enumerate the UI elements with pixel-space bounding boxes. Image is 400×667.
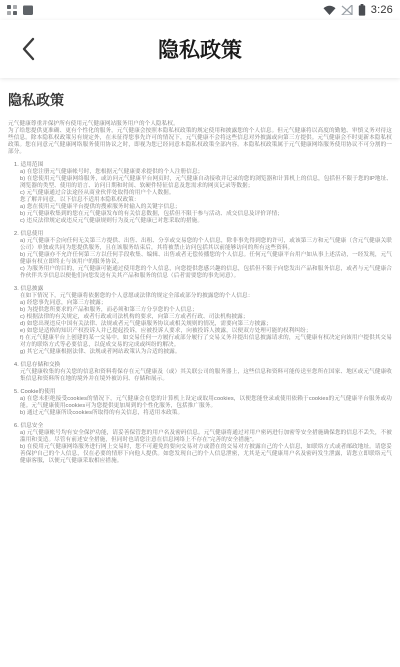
policy-paragraph: 5. Cookie的使用 bbox=[14, 389, 392, 396]
no-signal-icon bbox=[341, 5, 353, 15]
policy-paragraph: a) 您在使用元气健康平台提供的搜索服务时输入的关键字信息； bbox=[20, 204, 392, 211]
policy-paragraph: a) 经您事先同意，向第三方披露； bbox=[20, 300, 392, 307]
back-chevron-icon bbox=[21, 37, 35, 61]
status-time: 3:26 bbox=[371, 4, 393, 16]
policy-paragraph: 在如下情况下，元气健康将依据您的个人意愿或法律的规定全部或部分的披露您的个人信息… bbox=[20, 293, 392, 300]
policy-paragraph: b) 元气健康收集到的您在元气健康发布的有关信息数据，包括但不限于参与活动、成交… bbox=[20, 211, 392, 218]
policy-paragraph: a) 在您未拒绝接受cookies的情况下，元气健康会在您的计算机上设定或取用c… bbox=[20, 396, 392, 410]
app-notification-icon bbox=[22, 4, 34, 16]
policy-paragraph: b) 在使用元气健康网络服务进行网上交易时，您不可避免的要向交易对方或潜在的交易… bbox=[20, 444, 392, 465]
policy-paragraph: 2. 信息使用 bbox=[14, 231, 392, 238]
wifi-icon bbox=[323, 5, 336, 15]
policy-paragraph: a) 元气健康不会向任何无关第三方提供、出售、出租、分享或交易您的个人信息，除非… bbox=[20, 238, 392, 252]
policy-paragraph: 为了给您提供更准确、更有个性化的服务，元气健康会按照本隐私权政策的规定使用和披露… bbox=[8, 128, 392, 156]
status-bar-left bbox=[7, 4, 34, 16]
policy-paragraphs: 元气健康尊重并保护所有使用元气健康网站服务用户的个人隐私权。为了给您提供更准确、… bbox=[8, 121, 392, 465]
policy-paragraph: c) 根据法律的有关规定，或者行政或司法机构的要求，向第三方或者行政、司法机构披… bbox=[20, 314, 392, 321]
policy-paragraph: c) 违反法律规定或违反元气健康规则行为及元气健康已对您采取的措施。 bbox=[20, 218, 392, 225]
policy-paragraph: 元气健康收集的有关您的信息和资料将保存在元气健康及（或）其关联公司的服务器上，这… bbox=[20, 369, 392, 383]
policy-paragraph: d) 如您出现违反中国有关法律、法规或者元气健康服务协议或相关规则的情况，需要向… bbox=[20, 321, 392, 328]
policy-paragraph: g) 其它元气健康根据法律、法规或者网站政策认为合适的披露。 bbox=[20, 349, 392, 356]
policy-paragraph: b) 元气健康亦不允许任何第三方以任何手段收集、编辑、出售或者无偿传播您的个人信… bbox=[20, 252, 392, 266]
battery-icon bbox=[358, 4, 366, 16]
policy-paragraph: e) 如您是适格的知识产权投诉人并已提起投诉，应被投诉人要求，向被投诉人披露，以… bbox=[20, 328, 392, 335]
policy-paragraph: 6. 信息安全 bbox=[14, 423, 392, 430]
widget-grid-icon bbox=[7, 5, 17, 15]
page-title: 隐私政策 bbox=[0, 34, 400, 64]
content-heading: 隐私政策 bbox=[8, 90, 392, 110]
policy-content[interactable]: 隐私政策 元气健康尊重并保护所有使用元气健康网站服务用户的个人隐私权。为了给您提… bbox=[0, 78, 400, 667]
policy-paragraph: f) 在元气健康平台上创建的某一交易中，如交易任何一方履行或部分履行了交易义务并… bbox=[20, 335, 392, 349]
back-button[interactable] bbox=[10, 31, 46, 67]
status-bar-right: 3:26 bbox=[323, 4, 393, 16]
policy-paragraph: b) 为提供您所要求的产品和服务，而必须和第三方分享您的个人信息； bbox=[20, 307, 392, 314]
privacy-policy-screen: 3:26 隐私政策 隐私政策 元气健康尊重并保护所有使用元气健康网站服务用户的个… bbox=[0, 0, 400, 667]
policy-paragraph: c) 元气健康通过合法途径从商业伙伴处取得的用户个人数据。 bbox=[20, 190, 392, 197]
policy-paragraph: b) 在您使用元气健康网络服务，或访问元气健康平台网页时，元气健康自动接收并记录… bbox=[20, 176, 392, 190]
policy-paragraph: a) 在您注册元气健康帐号时，您根据元气健康要求提供的个人注册信息； bbox=[20, 169, 392, 176]
policy-paragraph: 3. 信息披露 bbox=[14, 286, 392, 293]
policy-paragraph: b) 通过元气健康所设cookies所取得的有关信息，将适用本政策。 bbox=[20, 410, 392, 417]
policy-paragraph: a) 元气健康帐号均有安全保护功能，请妥善保管您的用户名及密码信息。元气健康将通… bbox=[20, 430, 392, 444]
policy-paragraph: 1. 适用范围 bbox=[14, 162, 392, 169]
policy-paragraph: 元气健康尊重并保护所有使用元气健康网站服务用户的个人隐私权。 bbox=[8, 121, 392, 128]
policy-paragraph: c) 为服务用户的目的，元气健康可能通过使用您的个人信息，向您提供您感兴趣的信息… bbox=[20, 266, 392, 280]
status-bar: 3:26 bbox=[0, 0, 400, 20]
policy-paragraph: 4. 信息存储和交换 bbox=[14, 362, 392, 369]
app-bar: 隐私政策 bbox=[0, 20, 400, 78]
policy-paragraph: 您了解并同意，以下信息不适用本隐私权政策： bbox=[20, 197, 392, 204]
